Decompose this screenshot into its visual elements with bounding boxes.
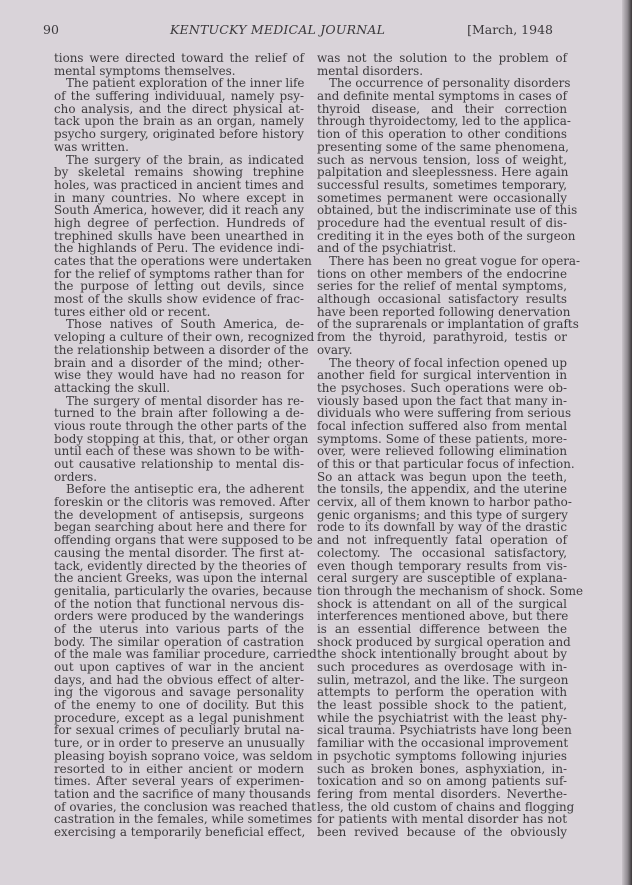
text-line: genitalia, particularly the ovaries, bec…	[54, 585, 304, 598]
text-line: ovary.	[317, 344, 567, 357]
text-line: vious route through the other parts of t…	[54, 420, 304, 433]
text-line: was written.	[54, 141, 304, 154]
text-line: from the thyroid, parathyroid, testis or	[317, 331, 567, 344]
text-line: out causative relationship to mental dis…	[54, 458, 304, 471]
text-line: holes, was practiced in ancient times an…	[54, 179, 304, 192]
text-line: toxication and so on among patients suf-	[317, 775, 567, 788]
left-column: tions were directed toward the relief of…	[54, 52, 304, 839]
text-line: in psychotic symptoms following injuries	[317, 750, 567, 763]
text-line: colectomy. The occasional satisfactory,	[317, 547, 567, 560]
page-number: 90	[43, 22, 59, 37]
text-line: ceral surgery are susceptible of explana…	[317, 572, 567, 585]
text-line: veloping a culture of their own, recogni…	[54, 331, 304, 344]
text-line: of the enemy to one of docility. But thi…	[54, 699, 304, 712]
text-line: presenting some of the same phenomena,	[317, 141, 567, 154]
text-line: ture, or in order to preserve an unusual…	[54, 737, 304, 750]
text-line: and definite mental symptoms in cases of	[317, 90, 567, 103]
text-line: cervix, all of them known to harbor path…	[317, 496, 567, 509]
journal-title: KENTUCKY MEDICAL JOURNAL	[170, 22, 385, 37]
text-line: focal infection suffered also from menta…	[317, 420, 567, 433]
text-line: another field for surgical intervention …	[317, 369, 567, 382]
text-line: of the uterus into various parts of the	[54, 623, 304, 636]
text-line: tation and the sacrifice of many thousan…	[54, 788, 304, 801]
text-line: by skeletal remains showing trephine	[54, 166, 304, 179]
page-gutter-shadow	[622, 0, 632, 885]
text-line: cates that the operations were undertake…	[54, 255, 304, 268]
text-line: the psychoses. Such operations were ob-	[317, 382, 567, 395]
text-line: the ancient Greeks, was upon the interna…	[54, 572, 304, 585]
text-line: although occasional satisfactory results	[317, 293, 567, 306]
text-line: foreskin or the clitoris was removed. Af…	[54, 496, 304, 509]
text-line: There has been no great vogue for opera-	[317, 255, 567, 268]
text-line: exercising a temporarily beneficial effe…	[54, 826, 304, 839]
text-line: palpitation and sleeplessness. Here agai…	[317, 166, 567, 179]
text-line: fering from mental disorders. Neverthe-	[317, 788, 567, 801]
text-line: the relationship between a disorder of t…	[54, 344, 304, 357]
text-line: wise they would have had no reason for	[54, 369, 304, 382]
text-line: causing the mental disorder. The first a…	[54, 547, 304, 560]
right-column: was not the solution to the problem ofme…	[317, 52, 567, 839]
text-line: psycho surgery, originated before histor…	[54, 128, 304, 141]
text-line: been revived because of the obviously	[317, 826, 567, 839]
text-line: high degree of perfection. Hundreds of	[54, 217, 304, 230]
text-line: and not infrequently fatal operation of	[317, 534, 567, 547]
text-line: is an essential difference between the	[317, 623, 567, 636]
text-line: of the suffering individuual, namely psy…	[54, 90, 304, 103]
running-header: 90 KENTUCKY MEDICAL JOURNAL [March, 1948	[43, 22, 552, 40]
issue-date: [March, 1948	[467, 22, 553, 37]
text-line: the least possible shock to the patient,	[317, 699, 567, 712]
text-line: familiar with the occasional improvement	[317, 737, 567, 750]
text-line: pleasing boyish soprano voice, was seldo…	[54, 750, 304, 763]
text-line: such procedures as overdosage with in-	[317, 661, 567, 674]
text-line: out upon captives of war in the ancient	[54, 661, 304, 674]
text-line: of this or that particular focus of infe…	[317, 458, 567, 471]
text-line: offending organs that were supposed to b…	[54, 534, 304, 547]
text-line: successful results, sometimes temporary,	[317, 179, 567, 192]
text-line: was not the solution to the problem of	[317, 52, 567, 65]
text-line: most of the skulls show evidence of frac…	[54, 293, 304, 306]
text-line: attacking the skull.	[54, 382, 304, 395]
text-line: tions were directed toward the relief of	[54, 52, 304, 65]
text-line: tion through the mechanism of shock. Som…	[317, 585, 567, 598]
text-line: tion of this operation to other conditio…	[317, 128, 567, 141]
text-line: times. After several years of experimen-	[54, 775, 304, 788]
text-line: procedure had the eventual result of dis…	[317, 217, 567, 230]
